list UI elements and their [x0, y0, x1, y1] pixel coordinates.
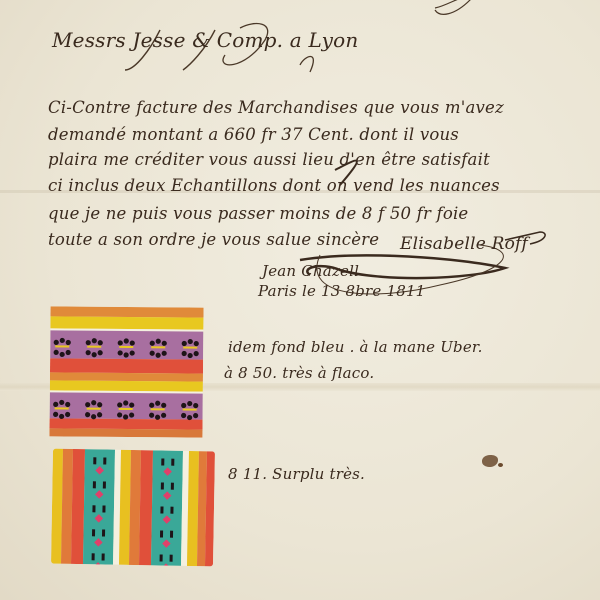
- fabric-swatch-vertical: [51, 449, 215, 567]
- fabric-swatch-horizontal: [49, 306, 203, 437]
- letter-body-line: demandé montant a 660 fr 37 Cent. dont i…: [48, 125, 459, 144]
- ink-stain-drop: [498, 463, 503, 467]
- place-date: Paris le 13 8bre 1811: [258, 282, 425, 300]
- letter-body-line: plaira me créditer vous aussi lieu d'en …: [48, 150, 490, 169]
- letter-body-line: que je ne puis vous passer moins de 8 f …: [48, 204, 468, 223]
- ink-stain: [482, 455, 498, 467]
- signature: Elisabelle Roff: [400, 234, 528, 254]
- letter-body-line: toute a son ordre je vous salue sincère: [48, 230, 379, 249]
- letter-address: Messrs Jesse & Comp. a Lyon: [52, 28, 358, 52]
- sample1-note: idem fond bleu . à la mane Uber.: [228, 338, 483, 356]
- sample1-price: à 8 50. très à flaco.: [224, 364, 374, 382]
- letter-body-line: ci inclus deux Echantillons dont on vend…: [48, 176, 500, 195]
- place-date-name: Jean Chazell: [262, 262, 359, 280]
- letter-body-line: Ci-Contre facture des Marchandises que v…: [48, 98, 504, 117]
- sample2-note: 8 11. Surplu très.: [228, 465, 365, 483]
